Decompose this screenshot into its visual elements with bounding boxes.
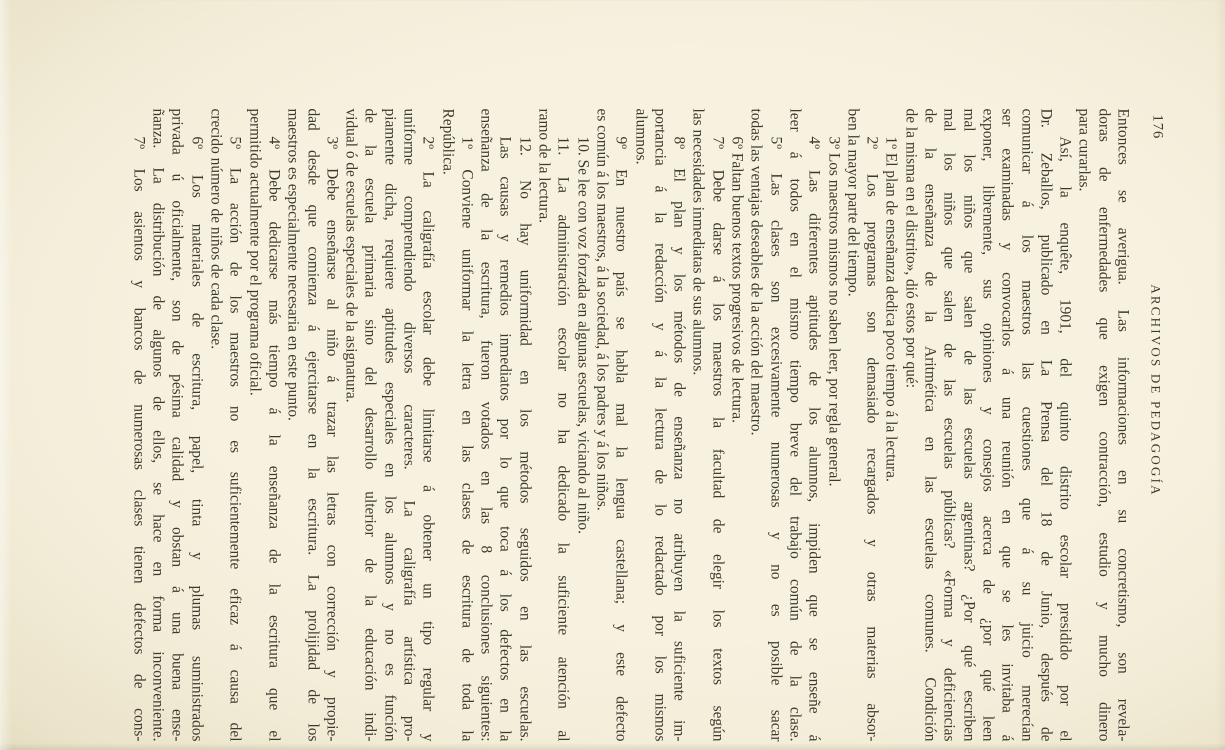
text-line: ñanza. La distribución de algunos de ell… <box>148 108 167 741</box>
text-line: ramo de la lectura. <box>534 108 553 741</box>
running-head: ARCHIVOS DE PEDAGOGÍA <box>1147 284 1163 496</box>
text-line: 5º Las clases son excesivamente numerosa… <box>765 108 784 741</box>
page-number: 176 <box>1148 114 1165 139</box>
text-line: 4º Debe dedicarse más tiempo á la enseña… <box>264 108 283 741</box>
text-line: ser examinadas y convocarlos á una reuni… <box>997 108 1016 741</box>
text-line: todas las ventajas deseables de la acció… <box>746 108 765 741</box>
text-line: enseñanza de la escritura, fueron votado… <box>476 108 495 741</box>
text-line: de la misma en el distrito», dió estos p… <box>900 108 919 741</box>
text-line: para curarlas. <box>1074 108 1093 741</box>
text-line: portancia á la redacción y á la lectura … <box>650 108 669 741</box>
text-line: 4º Las diferentes aptitudes de los alumn… <box>804 108 823 741</box>
text-line: 7º Los asientos y bancos de numerosas cl… <box>129 108 148 741</box>
text-line: doras de enfermedades que exigen contrac… <box>1093 108 1112 741</box>
text-line: Entonces se averigua. Las informaciones … <box>1113 108 1132 741</box>
text-line: uniforme comprendiendo diversos caracter… <box>399 108 418 741</box>
text-block: Entonces se averigua. Las informaciones … <box>129 108 1132 741</box>
text-line: 6º Los materiales de escritura, papel, t… <box>186 108 205 741</box>
text-line: exponer, libremente, sus opiniones y con… <box>978 108 997 741</box>
text-line: permitido actualmente por el programa of… <box>244 108 263 741</box>
text-line: 1º El plan de enseñanza dedica poco tiem… <box>881 108 900 741</box>
text-line: Dr. Zeballos, publicado en La Prensa del… <box>1036 108 1055 741</box>
text-line: República. <box>437 108 456 741</box>
text-line: 8º El plan y los métodos de enseñanza no… <box>669 108 688 741</box>
text-line: leer á todos en el mismo tiempo breve de… <box>785 108 804 741</box>
text-line: Las causas y remedios inmediatos por lo … <box>495 108 514 741</box>
text-line: dad desde que comienza á ejercitarse en … <box>302 108 321 741</box>
text-line: ben la mayor parte del tiempo. <box>843 108 862 741</box>
text-line: 10. Se lee con voz forzada en algunas es… <box>572 108 591 741</box>
text-line: mal los niños que salen de las escuelas … <box>939 108 958 741</box>
text-line: 3º Debe enseñarse al niño á trazar las l… <box>322 108 341 741</box>
text-line: 9º En nuestro país se habla mal la lengu… <box>611 108 630 741</box>
text-line: las necesidades inmediatas de sus alumno… <box>688 108 707 741</box>
text-line: mal los niños que salen de las escuelas … <box>958 108 977 741</box>
text-line: piamente dicha, requiere aptitudes espec… <box>379 108 398 741</box>
text-line: 7º Debe darse á los maestros la facultad… <box>707 108 726 741</box>
text-line: maestros es especialmente necesaria en e… <box>283 108 302 741</box>
text-line: 5º La acción de los maestros no es sufic… <box>225 108 244 741</box>
text-line: 2º La caligrafía escolar debe limitarse … <box>418 108 437 741</box>
text-line: 2º Los programas son demasiado recargado… <box>862 108 881 741</box>
scanned-book-page: 176 ARCHIVOS DE PEDAGOGÍA Entonces se av… <box>0 0 1225 750</box>
text-line: 3º Los maestros mismos no saben leer, po… <box>823 108 842 741</box>
text-line: de la enseñanza de la Aritmética en las … <box>920 108 939 741</box>
text-line: vidual ó de escuelas especiales de la as… <box>341 108 360 741</box>
text-line: crecido número de niños de cada clase. <box>206 108 225 741</box>
text-line: Así, la enquête, 1901, del quinto distri… <box>1055 108 1074 741</box>
text-line: 1º Conviene uniformar la letra en las cl… <box>457 108 476 741</box>
text-line: 11. La administración escolar no ha dedi… <box>553 108 572 741</box>
text-line: alumnos. <box>630 108 649 741</box>
text-line: comunicar á los maestros las cuestiones … <box>1016 108 1035 741</box>
text-line: privada ú oficialmente, son de pésima ca… <box>167 108 186 741</box>
text-line: 6º Faltan buenos textos progresivos de l… <box>727 108 746 741</box>
book-page: 176 ARCHIVOS DE PEDAGOGÍA Entonces se av… <box>0 0 1225 750</box>
text-line: 12. No hay uniformidad en los métodos se… <box>515 108 534 741</box>
text-line: de la escuela primaria sino del desarrol… <box>360 108 379 741</box>
text-line: es común á los maestros, á la sociedad, … <box>592 108 611 741</box>
